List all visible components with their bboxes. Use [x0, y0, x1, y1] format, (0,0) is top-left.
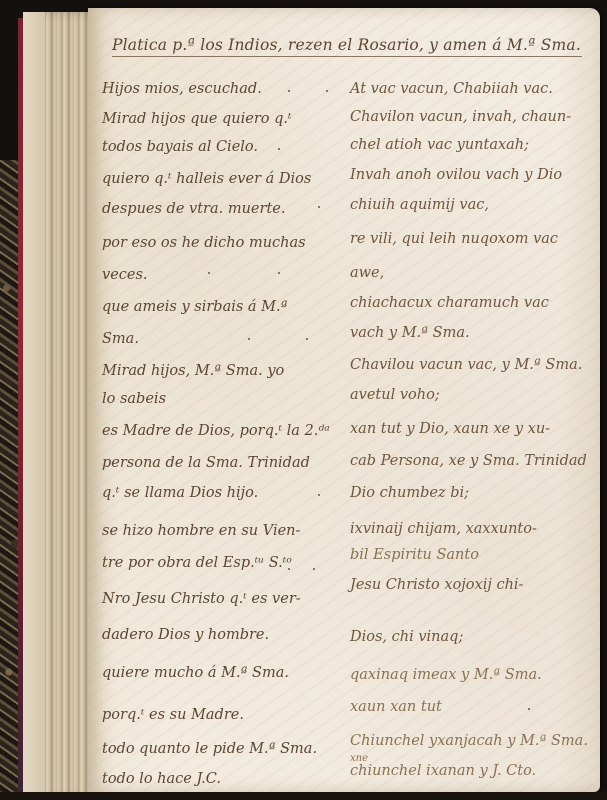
- ink-dot: [318, 206, 320, 208]
- text-line: re vili, qui leih nuqoxom vac: [350, 230, 558, 248]
- text-line: Nro Jesu Christo q.ᵗ es ver-: [102, 590, 301, 608]
- text-line: q.ᵗ se llama Dios hijo.: [102, 484, 258, 502]
- ink-dot: [326, 90, 328, 92]
- text-line: chiachacux charamuch vac: [350, 294, 549, 312]
- ink-dot: [278, 272, 280, 274]
- text-line: qaxinaq imeax y M.ª Sma.: [350, 666, 542, 684]
- text-line: Chavilon vacun, invah, chaun-: [350, 108, 571, 126]
- page-title: Platica p.ª los Indios, rezen el Rosario…: [112, 36, 582, 57]
- text-line: por eso os he dicho muchas: [102, 234, 306, 252]
- text-line: dadero Dios y hombre.: [102, 626, 269, 644]
- ink-dot: [306, 338, 308, 340]
- ink-dot: [288, 90, 290, 92]
- text-line: At vac vacun, Chabiiah vac.: [350, 80, 553, 98]
- ink-dot: [288, 568, 290, 570]
- text-line: persona de la Sma. Trinidad: [102, 454, 310, 472]
- text-line: cab Persona, xe y Sma. Trinidad: [350, 452, 587, 470]
- text-line: vach y M.ª Sma.: [350, 324, 470, 342]
- text-line: que ameis y sirbais á M.ª: [102, 298, 288, 316]
- text-line: tre por obra del Esp.ᵗᵘ S.ᵗᵒ: [102, 554, 292, 572]
- text-line: bil Espiritu Santo: [350, 546, 479, 564]
- ink-dot: [208, 272, 210, 274]
- ink-dot: [528, 708, 530, 710]
- ink-dot: [313, 568, 315, 570]
- text-line: lo sabeis: [102, 390, 166, 408]
- text-line: Invah anoh ovilou vach y Dio: [350, 166, 562, 184]
- text-line: Jesu Christo xojoxij chi-: [350, 576, 523, 594]
- ink-dot: [278, 148, 280, 150]
- text-line: todo lo hace J.C.: [102, 770, 221, 788]
- text-line: todo quanto le pide M.ª Sma.: [102, 740, 317, 758]
- text-line: Chavilou vacun vac, y M.ª Sma.: [350, 356, 582, 374]
- text-line: ixvinaij chijam, xaxxunto-: [350, 520, 537, 538]
- text-line: xaun xan tut: [350, 698, 442, 716]
- text-line: Sma.: [102, 330, 139, 348]
- text-line: todos bayais al Cielo.: [102, 138, 258, 156]
- text-line: Chiunchel yxanjacah y M.ª Sma.: [350, 732, 588, 750]
- bottom-shadow: [0, 792, 607, 800]
- text-line: avetul voho;: [350, 386, 440, 404]
- text-line: Mirad hijos que quiero q.ᵗ: [102, 110, 292, 128]
- ink-dot: [318, 494, 320, 496]
- text-line: Dio chumbez bi;: [350, 484, 469, 502]
- text-line: awe,: [350, 264, 384, 282]
- text-line: chiunchel ixanan y J. Cto.: [350, 762, 536, 780]
- text-line: veces.: [102, 266, 148, 284]
- text-line: porq.ᵗ es su Madre.: [102, 706, 244, 724]
- text-line: xan tut y Dio, xaun xe y xu-: [350, 420, 550, 438]
- text-line: se hizo hombre en su Vien-: [102, 522, 300, 540]
- text-line: chiuih aquimij vac,: [350, 196, 489, 214]
- text-line: quiere mucho á M.ª Sma.: [102, 664, 289, 682]
- text-line: despues de vtra. muerte.: [102, 200, 285, 218]
- text-line: Dios, chi vinaq;: [350, 628, 463, 646]
- text-line: chel atioh vac yuntaxah;: [350, 136, 529, 154]
- text-line: quiero q.ᵗ halleis ever á Dios: [102, 170, 311, 188]
- manuscript-page: Platica p.ª los Indios, rezen el Rosario…: [88, 8, 600, 792]
- ink-dot: [248, 338, 250, 340]
- text-line: es Madre de Dios, porq.ᵗ la 2.ᵈᵃ: [102, 422, 330, 440]
- text-line: Mirad hijos, M.ª Sma. yo: [102, 362, 284, 380]
- text-line: Hijos mios, escuchad.: [102, 80, 262, 98]
